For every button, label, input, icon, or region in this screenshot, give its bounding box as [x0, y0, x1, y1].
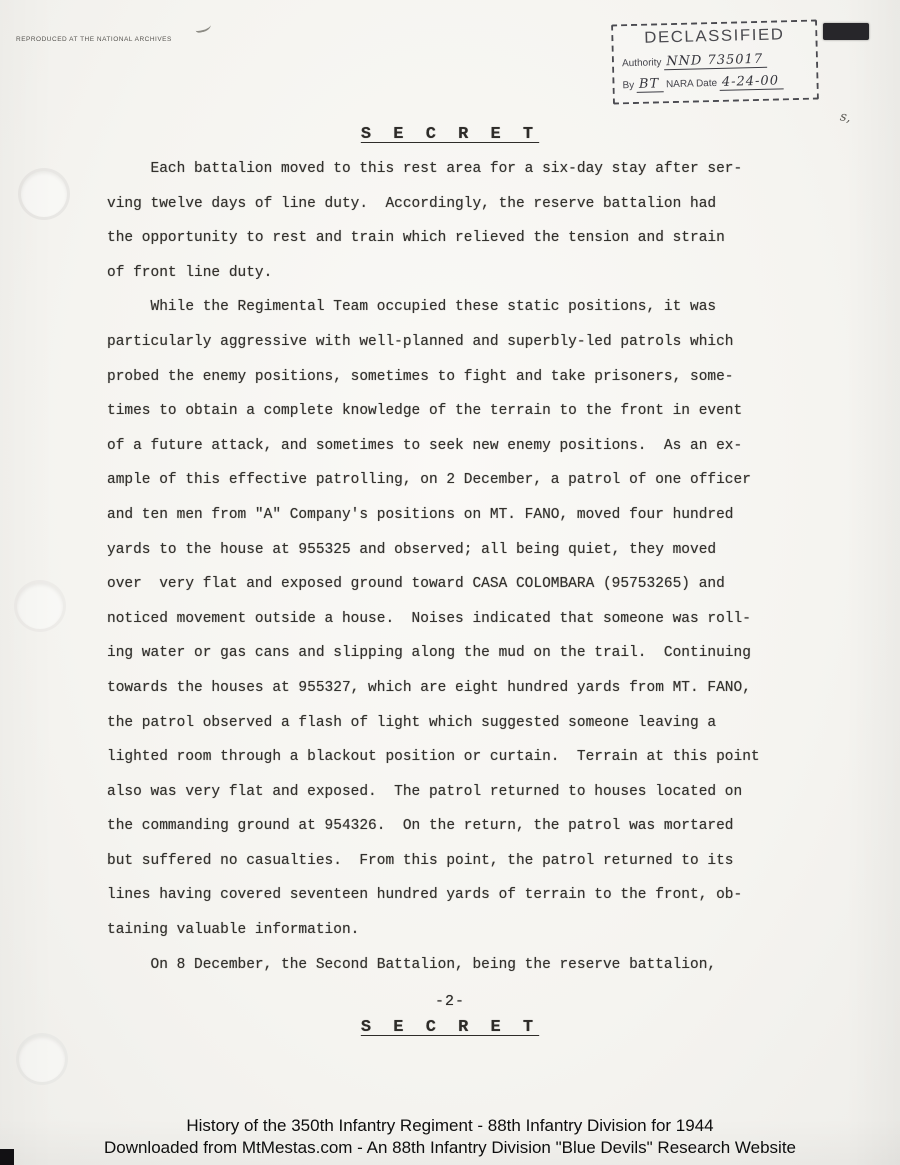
stamp-title: DECLASSIFIED [617, 26, 813, 49]
body-line: the patrol observed a flash of light whi… [107, 706, 767, 741]
body-line: ing water or gas cans and slipping along… [107, 636, 767, 671]
pen-mark-right: s, [839, 109, 852, 125]
body-line: times to obtain a complete knowledge of … [107, 394, 767, 429]
hole-punch-top [18, 168, 70, 220]
stamp-authority-label: Authority [622, 57, 662, 69]
body-line: of front line duty. [107, 256, 767, 291]
body-line: particularly aggressive with well-planne… [107, 325, 767, 360]
stamp-nara-label: NARA Date [666, 78, 717, 90]
stamp-authority-row: Authority NND 735017 [622, 51, 808, 71]
body-line: ample of this effective patrolling, on 2… [107, 463, 767, 498]
body-line: also was very flat and exposed. The patr… [107, 775, 767, 810]
stamp-authority-value: NND 735017 [664, 52, 767, 71]
archive-reproduction-note: REPRODUCED AT THE NATIONAL ARCHIVES [16, 36, 172, 43]
body-line: the commanding ground at 954326. On the … [107, 809, 767, 844]
body-line: On 8 December, the Second Battalion, bei… [107, 948, 767, 983]
body-line: towards the houses at 955327, which are … [107, 671, 767, 706]
classification-footer: S E C R E T [0, 1018, 900, 1037]
body-line: the opportunity to rest and train which … [107, 221, 767, 256]
body-line: Each battalion moved to this rest area f… [107, 152, 767, 187]
typed-body-text: Each battalion moved to this rest area f… [107, 152, 767, 982]
stamp-nara-row: By BT NARA Date 4-24-00 [622, 73, 808, 93]
redaction-bar [823, 23, 869, 40]
pen-mark-top [194, 20, 212, 33]
stamp-date-value: 4-24-00 [720, 73, 784, 91]
declassified-stamp: DECLASSIFIED Authority NND 735017 By BT … [611, 19, 819, 104]
body-line: lighted room through a blackout position… [107, 740, 767, 775]
body-line: of a future attack, and sometimes to see… [107, 429, 767, 464]
body-line: taining valuable information. [107, 913, 767, 948]
body-line: ving twelve days of line duty. According… [107, 187, 767, 222]
footer-title-line: History of the 350th Infantry Regiment -… [0, 1115, 900, 1137]
stamp-by-value: BT [637, 76, 664, 93]
page-number: -2- [0, 993, 900, 1010]
body-line: but suffered no casualties. From this po… [107, 844, 767, 879]
body-line: While the Regimental Team occupied these… [107, 290, 767, 325]
hole-punch-bottom [16, 1033, 68, 1085]
body-line: over very flat and exposed ground toward… [107, 567, 767, 602]
body-line: probed the enemy positions, sometimes to… [107, 360, 767, 395]
classification-header-top: S E C R E T [0, 125, 900, 144]
website-footer: History of the 350th Infantry Regiment -… [0, 1115, 900, 1159]
body-line: noticed movement outside a house. Noises… [107, 602, 767, 637]
stamp-by-label: By [622, 80, 634, 91]
body-line: and ten men from "A" Company's positions… [107, 498, 767, 533]
footer-source-line: Downloaded from MtMestas.com - An 88th I… [0, 1137, 900, 1159]
body-line: yards to the house at 955325 and observe… [107, 533, 767, 568]
body-line: lines having covered seventeen hundred y… [107, 878, 767, 913]
hole-punch-middle [14, 580, 66, 632]
scanned-document-page: REPRODUCED AT THE NATIONAL ARCHIVES DECL… [0, 0, 900, 1165]
